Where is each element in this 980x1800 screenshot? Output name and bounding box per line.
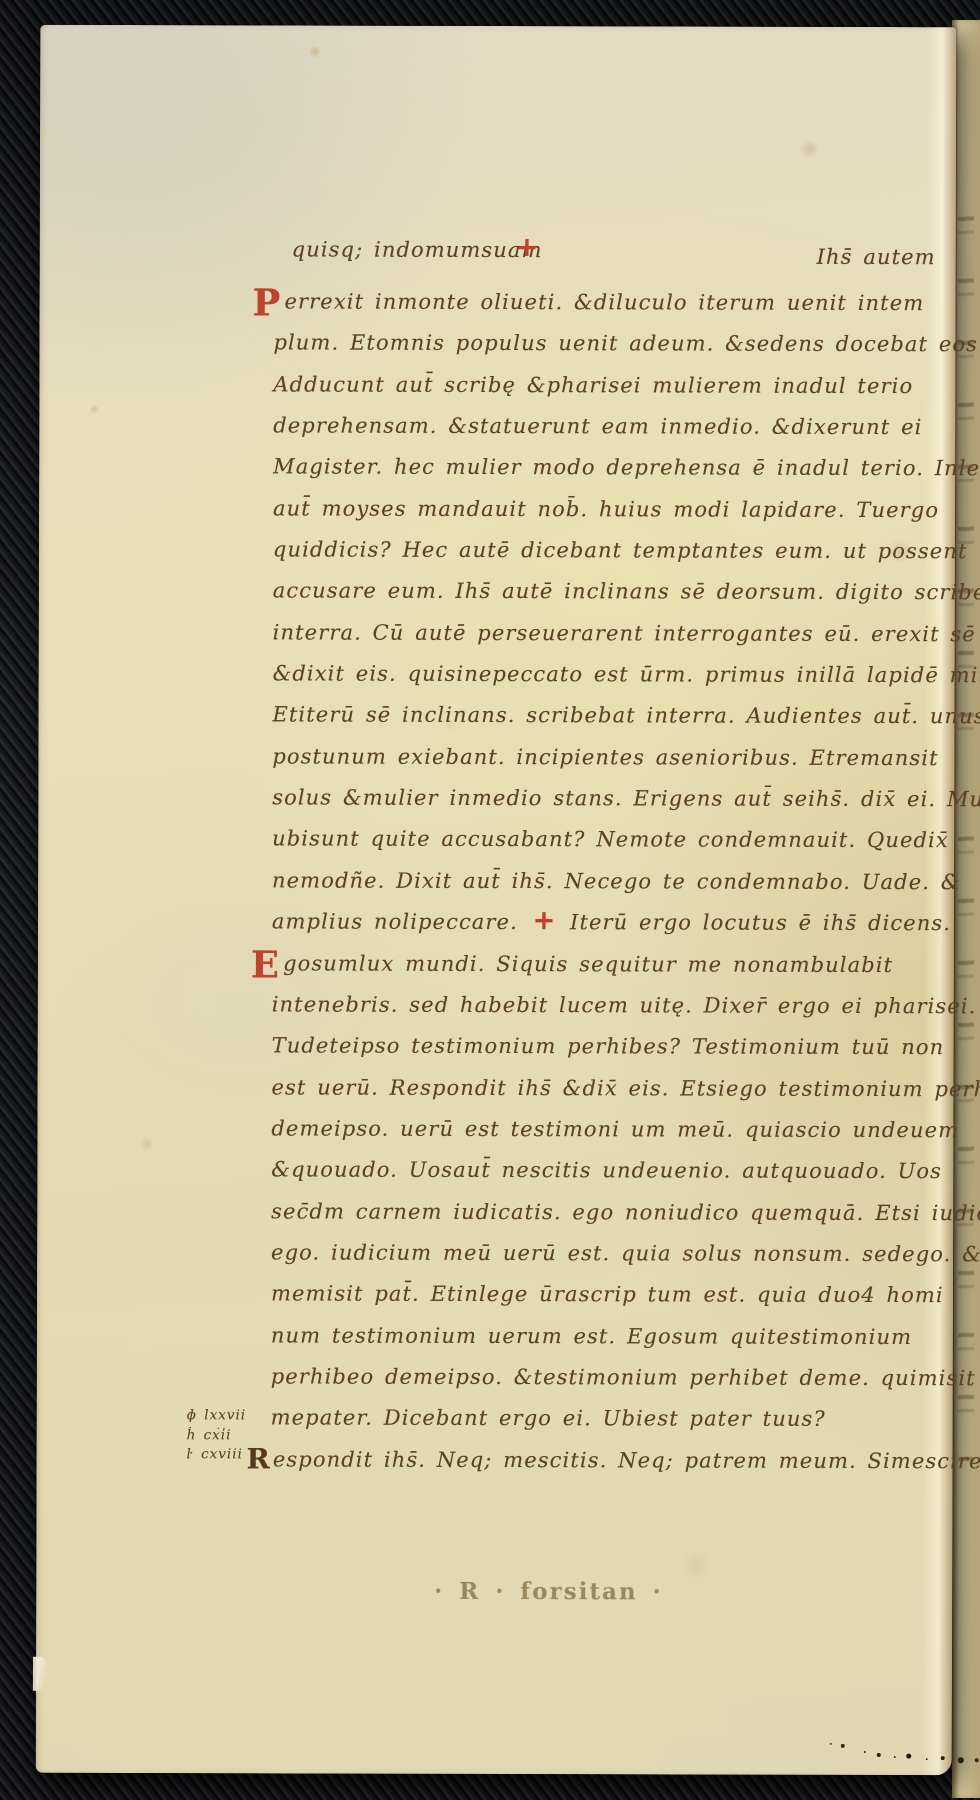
- text-line: Tudeteipso testimonium perhibes? Testimo…: [272, 1026, 962, 1069]
- text-line: Adducunt aut̄ scribę &pharisei mulierem …: [273, 364, 963, 407]
- text-line: aut̄ moyses mandauit nob̄. huius modi la…: [273, 488, 963, 531]
- text-line: plum. Etomnis populus uenit adeum. &sede…: [273, 323, 963, 366]
- incipit-line: quisq; indomumsuam + Ihs̄ autem: [40, 237, 956, 273]
- header-left-text: quisq; indomumsuam: [292, 237, 543, 262]
- text-line: ego. iudicium meū uerū est. quia solus n…: [271, 1232, 961, 1275]
- parchment-page: quisq; indomumsuam + Ihs̄ autem Perrexit…: [36, 25, 957, 1775]
- text-line: solus &mulier inmedio stans. Erigens aut…: [272, 778, 962, 821]
- text-line: intenebris. sed habebit lucem uitę. Dixe…: [272, 984, 962, 1027]
- eusebian-canon-notes: ɸ lxxvii··ḣ cxiiŀ cxviii: [187, 1406, 247, 1465]
- text-line: accusare eum. Ihs̄ autē inclinans sē deo…: [273, 571, 963, 614]
- marginal-note: ··ḣ cxii: [187, 1426, 247, 1446]
- red-cross-icon: +: [512, 234, 543, 261]
- text-line: nemodñe. Dixit aut̄ ihs̄. Necego te cond…: [272, 860, 962, 903]
- text-line: Egosumlux mundi. Siquis sequitur me nona…: [272, 943, 962, 986]
- text-line: mepater. Dicebant ergo ei. Ubiest pater …: [271, 1398, 961, 1441]
- rubricated-initial: E: [251, 946, 283, 983]
- header-right-text: Ihs̄ autem: [817, 245, 936, 269]
- red-dots-mark: ··: [217, 1419, 228, 1439]
- rubricated-initial: P: [253, 284, 285, 321]
- rubricated-initial: R: [246, 1445, 272, 1473]
- text-line: deprehensam. &statuerunt eam inmedio. &d…: [273, 405, 963, 448]
- text-line: &quouado. Uosaut̄ nescitis undeuenio. au…: [271, 1150, 961, 1193]
- text-line: sec̄dm carnem iudicatis. ego noniudico q…: [271, 1191, 961, 1234]
- text-line: ubisunt quite accusabant? Nemote condemn…: [272, 819, 962, 862]
- ink-speckles: [864, 1751, 866, 1753]
- text-line: perhibeo demeipso. &testimonium perhibet…: [271, 1356, 961, 1399]
- main-text-block: Perrexit inmonte oliueti. &diluculo iter…: [270, 281, 963, 1482]
- red-cross-icon: +: [529, 905, 560, 936]
- text-line: Respondit ihs̄. Neq; mescitis. Neq; patr…: [246, 1439, 960, 1482]
- text-line: Perrexit inmonte oliueti. &diluculo iter…: [274, 281, 964, 324]
- text-line: interra. Cū autē perseuerarent interroga…: [273, 612, 963, 655]
- text-line: est uerū. Respondit ihs̄ &dix̄ eis. Etsi…: [271, 1067, 961, 1110]
- parchment-tear: [33, 1657, 49, 1691]
- text-line: &dixit eis. quisinepeccato est ūrm. prim…: [273, 654, 963, 697]
- text-line: postunum exiebant. incipientes aseniorib…: [272, 736, 962, 779]
- text-line: Magister. hec mulier modo deprehensa ē i…: [273, 447, 963, 490]
- catchword: · R · forsitan ·: [434, 1578, 663, 1606]
- marginal-note: ŀ cxviii: [187, 1445, 247, 1465]
- text-line: demeipso. uerū est testimoni um meū. qui…: [271, 1108, 961, 1151]
- text-line: quiddicis? Hec autē dicebant temptantes …: [273, 529, 963, 572]
- text-line: Etiterū sē inclinans. scribebat interra.…: [272, 695, 962, 738]
- text-line: amplius nolipeccare. + Iterū ergo locutu…: [272, 902, 962, 945]
- text-line: memisit pat̄. Etinlege ūrascrip tum est.…: [271, 1274, 961, 1317]
- text-line: num testimonium uerum est. Egosum quites…: [271, 1315, 961, 1358]
